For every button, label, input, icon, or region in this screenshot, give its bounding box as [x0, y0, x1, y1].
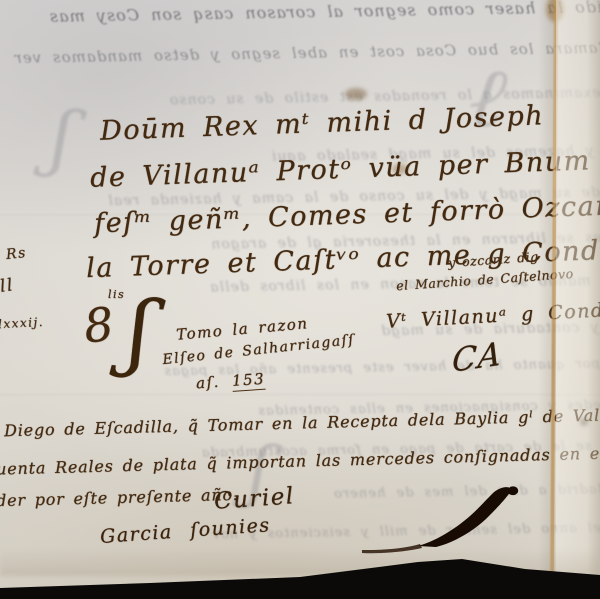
margin-fragment: lxxxij. [0, 315, 44, 331]
spanish-line-3: der por eſte preſente año. [0, 485, 239, 510]
folio-prefix: aſ. [195, 373, 220, 393]
ghost-line: por quanto ha de haver este presente año… [0, 357, 600, 383]
manuscript-page: ternido la haser como segnor al corason … [0, 0, 600, 599]
horizontal-fold [0, 392, 600, 395]
folio-number: 153 [231, 370, 265, 392]
margin-fragment: Rs [5, 245, 27, 263]
ink-stain [345, 88, 367, 100]
paraph-rubric-icon: 8 [81, 297, 117, 354]
signature-curiel: Curiel [213, 483, 295, 515]
folio-reference: aſ. 153 [195, 370, 265, 393]
margin-fragment: ll [0, 275, 15, 297]
ink-blot [358, 476, 538, 556]
ghost-line: ternido la haser como segnor al corason … [20, 0, 600, 26]
ca-monogram: CA [451, 334, 504, 380]
adjacent-leaf [556, 0, 600, 599]
